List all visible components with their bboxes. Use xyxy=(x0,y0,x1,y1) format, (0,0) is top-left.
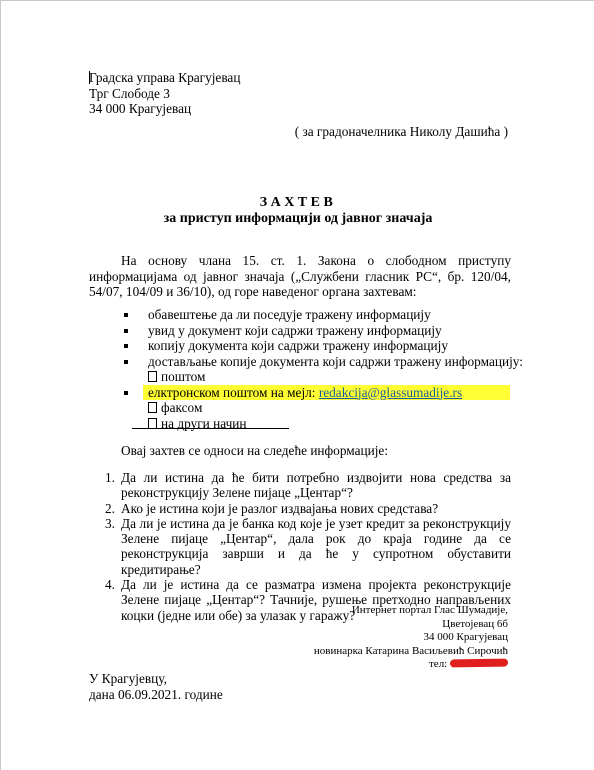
address-line-2: Трг Слободе 3 xyxy=(89,86,240,102)
title-main: ЗАХТЕВ xyxy=(1,195,594,211)
highlighted-text: елктронском поштом на мејл: redakcija@gl… xyxy=(143,385,510,401)
redacted-phone xyxy=(450,658,508,667)
checkbox-icon xyxy=(148,418,157,429)
horizontal-rule xyxy=(132,428,289,429)
request-item: увид у документ који садржи тражену инфо… xyxy=(121,323,523,339)
question-item: 1.Да ли истина да ће бити потребно издво… xyxy=(105,470,511,501)
document-title: ЗАХТЕВ за приступ информацији од јавног … xyxy=(1,195,594,227)
questions-lead: Овај захтев се односи на следеће информа… xyxy=(121,443,388,458)
question-item: 2.Ако је истина који је разлог издвајања… xyxy=(105,501,511,516)
delivery-option-fax: факсом xyxy=(121,400,523,416)
checkbox-icon xyxy=(148,371,157,382)
request-item: обавештење да ли поседује тражену информ… xyxy=(121,307,523,323)
delivery-option-email: елктронском поштом на мејл: redakcija@gl… xyxy=(121,385,523,401)
place-line: У Крагујевцу, xyxy=(89,671,223,687)
bullet-icon xyxy=(124,329,128,333)
bullet-icon xyxy=(124,360,128,364)
intro-paragraph: На основу члана 15. ст. 1. Закона о слоб… xyxy=(89,253,511,300)
request-item: копију документа који садржи тражену инф… xyxy=(121,338,523,354)
question-list: 1.Да ли истина да ће бити потребно издво… xyxy=(105,470,511,623)
place-and-date: У Крагујевцу, дана 06.09.2021. године xyxy=(89,671,223,702)
address-line-3: 34 000 Крагујевац xyxy=(89,101,240,117)
bullet-icon xyxy=(124,344,128,348)
recipient-address: Градска управа Крагујевац Трг Слободе 3 … xyxy=(89,70,240,117)
email-link[interactable]: redakcija@glassumadije.rs xyxy=(319,385,462,400)
recipient-note: ( за градоначелника Николу Дашића ) xyxy=(295,124,508,139)
bullet-icon xyxy=(124,391,128,395)
bullet-icon xyxy=(124,313,128,317)
title-sub: за приступ информацији од јавног значаја xyxy=(1,211,594,227)
intro-text: На основу члана 15. ст. 1. Закона о слоб… xyxy=(89,253,511,299)
date-line: дана 06.09.2021. године xyxy=(89,687,223,703)
request-item: достављање копије документа који садржи … xyxy=(121,354,523,370)
delivery-option-post: поштом xyxy=(121,369,523,385)
address-line-1: Градска управа Крагујевац xyxy=(89,70,240,85)
document-page: Градска управа Крагујевац Трг Слободе 3 … xyxy=(0,0,594,770)
signature-block: Интернет портал Глас Шумадије, Цветојева… xyxy=(314,604,508,672)
checkbox-icon xyxy=(148,402,157,413)
request-list: обавештење да ли поседује тражену информ… xyxy=(121,307,523,431)
question-item: 3.Да ли је истина да је банка код које ј… xyxy=(105,516,511,577)
